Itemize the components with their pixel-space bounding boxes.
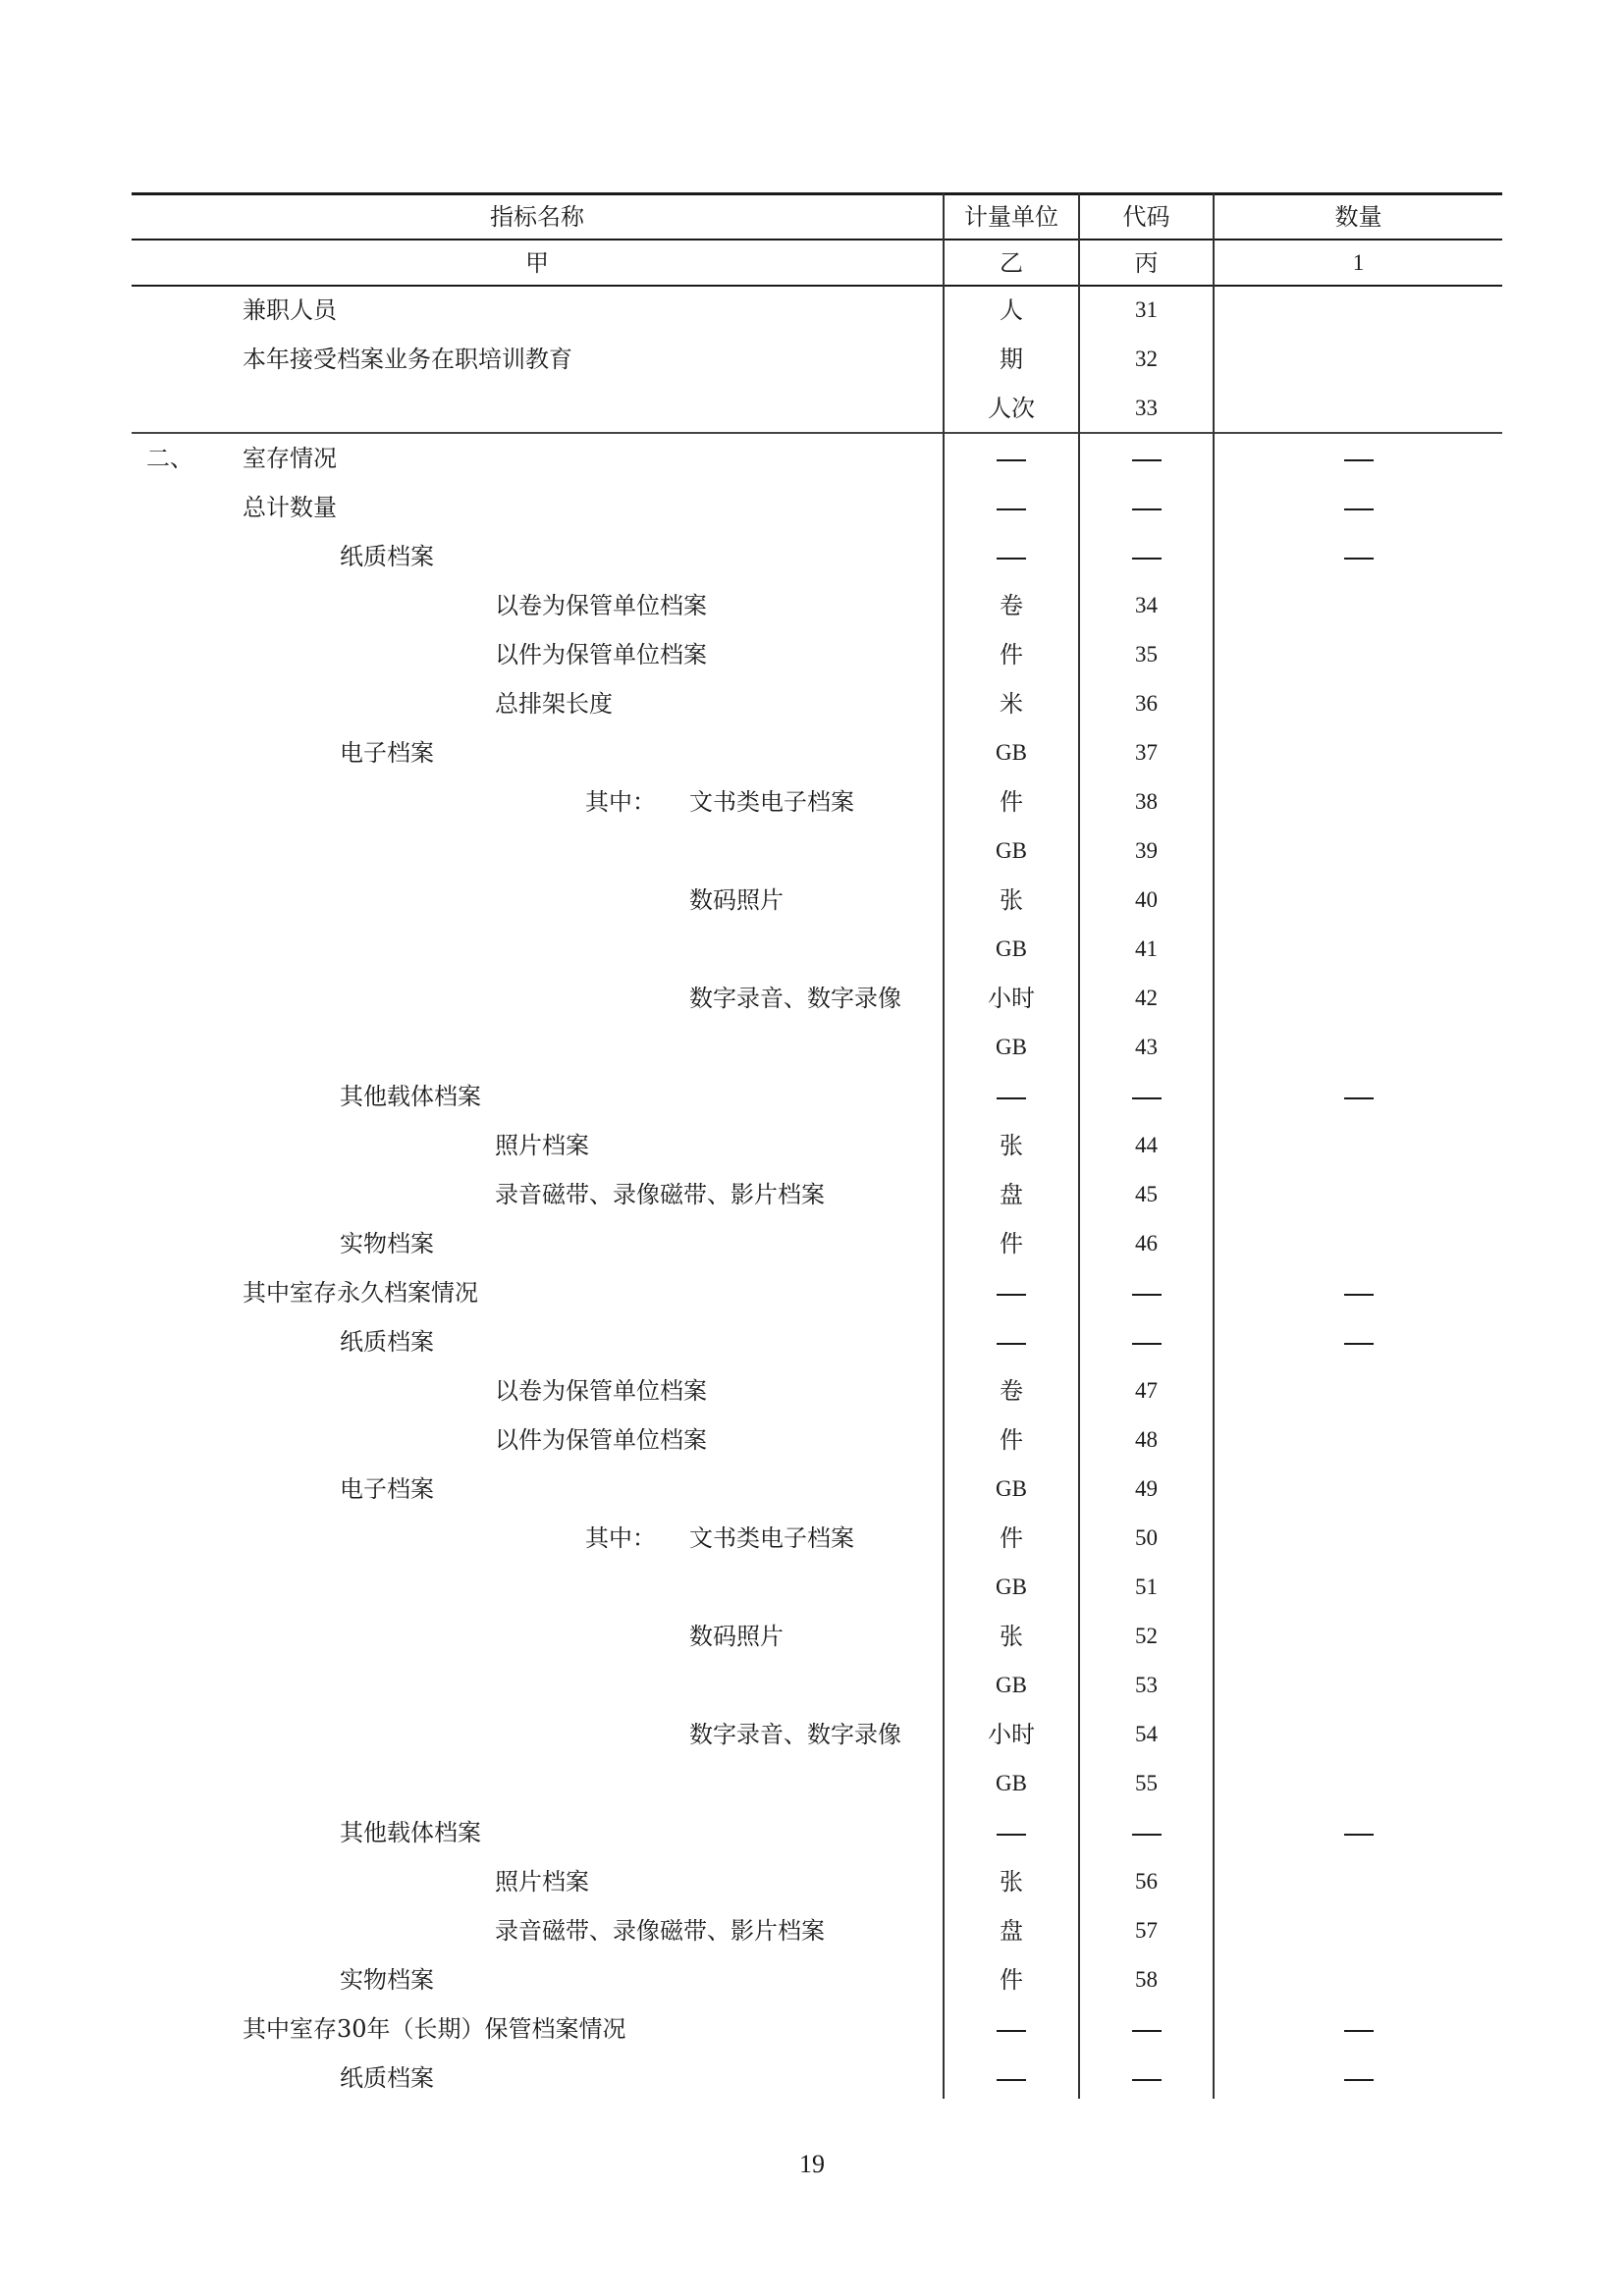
dash-placeholder: [1132, 2030, 1162, 2032]
row-indicator-name: 纸质档案: [340, 2063, 434, 2093]
row-indicator-name: 数字录音、数字录像: [689, 984, 901, 1013]
row-indicator-name: 数字录音、数字录像: [689, 1720, 901, 1749]
row-quantity-input[interactable]: [1215, 1033, 1502, 1062]
row-quantity-input[interactable]: [1215, 345, 1502, 374]
dash-placeholder: [1132, 558, 1162, 560]
row-code: 32: [1080, 345, 1213, 374]
row-code: 37: [1080, 738, 1213, 768]
dash-placeholder: [997, 508, 1026, 510]
row-quantity-input[interactable]: [1215, 984, 1502, 1013]
row-quantity-input[interactable]: [1215, 1474, 1502, 1504]
row-unit: GB: [945, 1474, 1078, 1504]
row-code-dash: [1080, 2063, 1213, 2093]
row-code: 34: [1080, 591, 1213, 620]
dash-placeholder: [1344, 2030, 1374, 2032]
row-unit: 小时: [945, 984, 1078, 1013]
row-unit-dash: [945, 1278, 1078, 1308]
row-code-dash: [1080, 444, 1213, 473]
row-indicator-name: 以件为保管单位档案: [495, 1425, 707, 1455]
row-quantity-input[interactable]: [1215, 1229, 1502, 1258]
dash-placeholder: [1132, 1834, 1162, 1836]
dash-placeholder: [997, 1343, 1026, 1345]
row-indicator-name: 纸质档案: [340, 542, 434, 571]
row-indicator-name: 兼职人员: [243, 295, 337, 325]
row-code: 58: [1080, 1965, 1213, 1995]
row-unit: GB: [945, 1033, 1078, 1062]
row-unit: 件: [945, 787, 1078, 817]
row-quantity-input[interactable]: [1215, 1769, 1502, 1798]
row-quantity-input[interactable]: [1215, 640, 1502, 669]
row-unit: 张: [945, 885, 1078, 915]
row-code: 54: [1080, 1720, 1213, 1749]
row-unit: 张: [945, 1131, 1078, 1160]
row-unit: 件: [945, 1965, 1078, 1995]
dash-placeholder: [997, 1834, 1026, 1836]
row-indicator-name: 数码照片: [689, 1622, 784, 1651]
dash-placeholder: [1344, 558, 1374, 560]
row-code: 42: [1080, 984, 1213, 1013]
dash-placeholder: [997, 1294, 1026, 1296]
row-indicator-name: 文书类电子档案: [689, 1523, 854, 1553]
header-unit: 计量单位: [945, 202, 1078, 232]
row-indicator-name: 电子档案: [340, 738, 434, 768]
dash-placeholder: [1132, 1294, 1162, 1296]
row-unit: 人次: [945, 394, 1078, 423]
row-quantity-input[interactable]: [1215, 1965, 1502, 1995]
row-quantity-input[interactable]: [1215, 1573, 1502, 1602]
row-quantity-input[interactable]: [1215, 689, 1502, 719]
row-unit: 盘: [945, 1916, 1078, 1946]
row-quantity-dash: [1215, 1278, 1502, 1308]
row-quantity-dash: [1215, 444, 1502, 473]
row-quantity-input[interactable]: [1215, 885, 1502, 915]
row-unit: 件: [945, 640, 1078, 669]
row-code: 45: [1080, 1180, 1213, 1209]
row-code: 33: [1080, 394, 1213, 423]
dash-placeholder: [1132, 508, 1162, 510]
row-unit: 期: [945, 345, 1078, 374]
row-unit-dash: [945, 542, 1078, 571]
row-indicator-name: 总排架长度: [495, 689, 613, 719]
row-unit: 盘: [945, 1180, 1078, 1209]
header-indicator-name: 指标名称: [132, 202, 943, 232]
row-unit: 人: [945, 295, 1078, 325]
row-indicator-name: 照片档案: [495, 1867, 589, 1896]
row-quantity-input[interactable]: [1215, 295, 1502, 325]
row-indicator-name: 总计数量: [243, 493, 337, 522]
row-quantity-input[interactable]: [1215, 1622, 1502, 1651]
row-indicator-name: 数码照片: [689, 885, 784, 915]
row-code-dash: [1080, 493, 1213, 522]
header-quantity: 数量: [1215, 202, 1502, 232]
row-unit: 米: [945, 689, 1078, 719]
row-quantity-dash: [1215, 542, 1502, 571]
row-unit: 小时: [945, 1720, 1078, 1749]
row-code-dash: [1080, 1818, 1213, 1847]
dash-placeholder: [1344, 1294, 1374, 1296]
row-quantity-input[interactable]: [1215, 1131, 1502, 1160]
row-unit: GB: [945, 1769, 1078, 1798]
row-indicator-name: 实物档案: [340, 1229, 434, 1258]
dash-placeholder: [997, 459, 1026, 461]
dash-placeholder: [997, 1097, 1026, 1099]
row-quantity-dash: [1215, 1818, 1502, 1847]
dash-placeholder: [1344, 1834, 1374, 1836]
dash-placeholder: [1344, 459, 1374, 461]
row-unit: 件: [945, 1523, 1078, 1553]
header-divider: [132, 239, 1502, 240]
row-quantity-input[interactable]: [1215, 787, 1502, 817]
row-unit-dash: [945, 2063, 1078, 2093]
row-code-dash: [1080, 1082, 1213, 1111]
row-code: 41: [1080, 934, 1213, 964]
subheader-code: 丙: [1080, 248, 1213, 278]
row-code: 57: [1080, 1916, 1213, 1946]
row-code: 39: [1080, 836, 1213, 866]
subheader-divider: [132, 285, 1502, 287]
row-section-number: 二、: [146, 444, 193, 473]
row-code-dash: [1080, 1278, 1213, 1308]
row-code: 56: [1080, 1867, 1213, 1896]
dash-placeholder: [997, 2030, 1026, 2032]
row-indicator-name: 其他载体档案: [340, 1818, 481, 1847]
row-unit: 件: [945, 1425, 1078, 1455]
row-code: 52: [1080, 1622, 1213, 1651]
dash-placeholder: [1132, 1097, 1162, 1099]
row-code-dash: [1080, 2014, 1213, 2044]
row-quantity-dash: [1215, 1327, 1502, 1357]
dash-placeholder: [1132, 459, 1162, 461]
row-indicator-name: 录音磁带、录像磁带、影片档案: [495, 1916, 825, 1946]
row-quantity-input[interactable]: [1215, 1916, 1502, 1946]
row-code-dash: [1080, 1327, 1213, 1357]
row-indicator-name: 实物档案: [340, 1965, 434, 1995]
page-number: 19: [0, 2150, 1624, 2179]
row-code: 50: [1080, 1523, 1213, 1553]
row-code: 48: [1080, 1425, 1213, 1455]
row-quantity-dash: [1215, 1082, 1502, 1111]
row-code: 31: [1080, 295, 1213, 325]
dash-placeholder: [1344, 1343, 1374, 1345]
row-code: 35: [1080, 640, 1213, 669]
row-indicator-name: 其中室存永久档案情况: [243, 1278, 478, 1308]
row-code: 38: [1080, 787, 1213, 817]
row-unit-dash: [945, 2014, 1078, 2044]
row-code: 40: [1080, 885, 1213, 915]
dash-placeholder: [997, 558, 1026, 560]
row-code: 44: [1080, 1131, 1213, 1160]
row-code: 47: [1080, 1376, 1213, 1406]
row-unit-dash: [945, 1327, 1078, 1357]
row-code: 36: [1080, 689, 1213, 719]
dash-placeholder: [997, 2079, 1026, 2081]
row-quantity-input[interactable]: [1215, 836, 1502, 866]
row-indicator-name: 纸质档案: [340, 1327, 434, 1357]
row-indicator-name: 照片档案: [495, 1131, 589, 1160]
row-quantity-input[interactable]: [1215, 1425, 1502, 1455]
row-unit-dash: [945, 444, 1078, 473]
row-unit: 卷: [945, 1376, 1078, 1406]
row-quantity-dash: [1215, 2014, 1502, 2044]
section-divider: [132, 432, 1502, 434]
row-unit: GB: [945, 836, 1078, 866]
dash-placeholder: [1344, 2079, 1374, 2081]
row-unit: 张: [945, 1622, 1078, 1651]
row-quantity-input[interactable]: [1215, 1720, 1502, 1749]
dash-placeholder: [1132, 1343, 1162, 1345]
row-indicator-name: 其他载体档案: [340, 1082, 481, 1111]
row-code: 53: [1080, 1671, 1213, 1700]
subheader-name: 甲: [132, 248, 943, 278]
row-quantity-input[interactable]: [1215, 1180, 1502, 1209]
dash-placeholder: [1344, 508, 1374, 510]
row-unit: GB: [945, 1671, 1078, 1700]
row-qizhong-label: 其中：: [585, 1523, 656, 1553]
row-quantity-dash: [1215, 2063, 1502, 2093]
row-code-dash: [1080, 542, 1213, 571]
row-unit: GB: [945, 738, 1078, 768]
row-unit: GB: [945, 934, 1078, 964]
row-indicator-name: 其中室存30年（长期）保管档案情况: [243, 2014, 626, 2044]
row-unit: 张: [945, 1867, 1078, 1896]
row-unit: 件: [945, 1229, 1078, 1258]
row-indicator-name: 录音磁带、录像磁带、影片档案: [495, 1180, 825, 1209]
row-code: 51: [1080, 1573, 1213, 1602]
row-quantity-input[interactable]: [1215, 1867, 1502, 1896]
row-quantity-input[interactable]: [1215, 591, 1502, 620]
row-indicator-name: 文书类电子档案: [689, 787, 854, 817]
row-indicator-name: 本年接受档案业务在职培训教育: [243, 345, 572, 374]
row-indicator-name: 以卷为保管单位档案: [495, 1376, 707, 1406]
row-indicator-name: 以卷为保管单位档案: [495, 591, 707, 620]
row-quantity-input[interactable]: [1215, 1671, 1502, 1700]
row-unit: 卷: [945, 591, 1078, 620]
table-top-rule: [132, 192, 1502, 195]
row-unit-dash: [945, 493, 1078, 522]
row-unit: GB: [945, 1573, 1078, 1602]
row-indicator-name: 室存情况: [243, 444, 337, 473]
row-indicator-name: 以件为保管单位档案: [495, 640, 707, 669]
row-qizhong-label: 其中：: [585, 787, 656, 817]
row-quantity-input[interactable]: [1215, 394, 1502, 423]
row-code: 46: [1080, 1229, 1213, 1258]
row-unit-dash: [945, 1818, 1078, 1847]
row-indicator-name: 电子档案: [340, 1474, 434, 1504]
row-quantity-input[interactable]: [1215, 738, 1502, 768]
dash-placeholder: [1132, 2079, 1162, 2081]
subheader-qty: 1: [1215, 248, 1502, 278]
header-code: 代码: [1080, 202, 1213, 232]
row-unit-dash: [945, 1082, 1078, 1111]
row-code: 43: [1080, 1033, 1213, 1062]
row-quantity-input[interactable]: [1215, 934, 1502, 964]
row-quantity-input[interactable]: [1215, 1376, 1502, 1406]
dash-placeholder: [1344, 1097, 1374, 1099]
row-code: 49: [1080, 1474, 1213, 1504]
subheader-unit: 乙: [945, 248, 1078, 278]
row-quantity-dash: [1215, 493, 1502, 522]
row-quantity-input[interactable]: [1215, 1523, 1502, 1553]
row-code: 55: [1080, 1769, 1213, 1798]
